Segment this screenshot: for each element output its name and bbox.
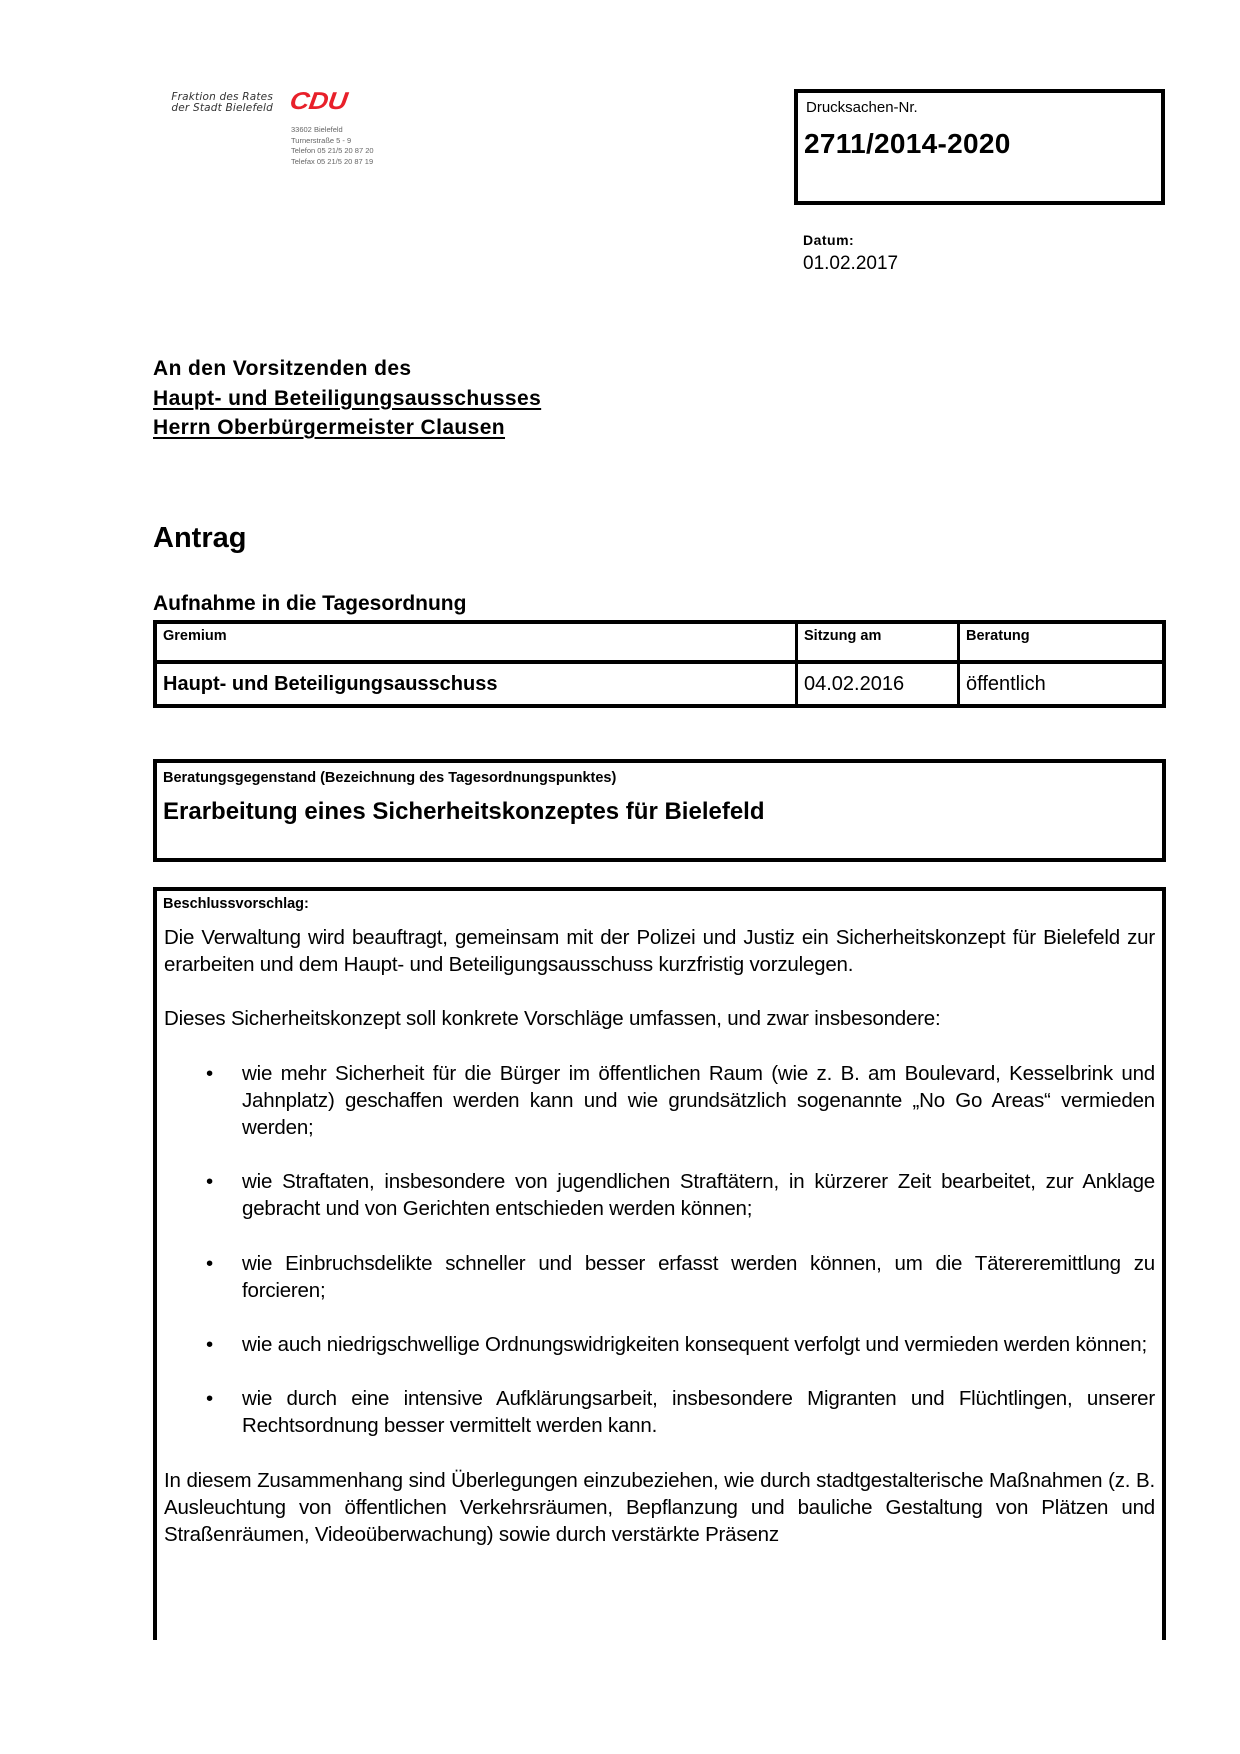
column-divider [795,624,798,704]
agenda-heading: Aufnahme in die Tagesordnung [153,592,466,616]
address-line: Telefon 05 21/5 20 87 20 [291,146,374,157]
subject-box: Beratungsgegenstand (Bezeichnung des Tag… [153,759,1166,862]
bullet-icon: • [206,1168,213,1195]
column-header-beratung: Beratung [966,628,1030,644]
cell-beratung: öffentlich [966,673,1046,696]
subject-title: Erarbeitung eines Sicherheitskonzeptes f… [163,798,765,826]
addressee-line-1: An den Vorsitzenden des [153,354,541,384]
list-item-text: wie Einbruchsdelikte schneller und besse… [242,1252,1155,1302]
cell-sitzung-date: 04.02.2016 [804,673,904,696]
bullet-icon: • [206,1331,213,1358]
bullet-icon: • [206,1250,213,1277]
addressee: An den Vorsitzenden des Haupt- und Betei… [153,354,541,443]
list-item-text: wie auch niedrigschwellige Ordnungswidri… [242,1333,1147,1356]
faction-name: Fraktion des Rates der Stadt Bielefeld [163,92,273,114]
document-number: 2711/2014-2020 [804,128,1011,160]
proposal-closing: In diesem Zusammenhang sind Überlegungen… [164,1467,1155,1549]
agenda-table: Gremium Sitzung am Beratung Haupt- und B… [153,620,1166,708]
bullet-icon: • [206,1385,213,1412]
list-item-text: wie Straftaten, insbesondere von jugendl… [242,1170,1155,1220]
proposal-intro: Die Verwaltung wird beauftragt, gemeinsa… [164,924,1155,978]
list-item: •wie auch niedrigschwellige Ordnungswidr… [164,1331,1155,1358]
faction-line-2: der Stadt Bielefeld [163,103,273,114]
column-header-sitzung: Sitzung am [804,628,881,644]
cdu-logo: CDU [288,88,349,116]
bullet-icon: • [206,1060,213,1087]
date-value: 01.02.2017 [803,253,898,275]
proposal-box: Beschlussvorschlag: Die Verwaltung wird … [153,887,1166,1640]
cell-gremium: Haupt- und Beteiligungsausschuss [163,673,497,696]
list-item: •wie Straftaten, insbesondere von jugend… [164,1168,1155,1222]
proposal-body: Die Verwaltung wird beauftragt, gemeinsa… [164,924,1155,1575]
column-header-gremium: Gremium [163,628,227,644]
document-type-heading: Antrag [153,522,246,555]
proposal-lead: Dieses Sicherheitskonzept soll konkrete … [164,1005,1155,1032]
list-item-text: wie mehr Sicherheit für die Bürger im öf… [242,1062,1155,1139]
proposal-list: •wie mehr Sicherheit für die Bürger im ö… [164,1060,1155,1440]
sender-address: 33602 Bielefeld Turnerstraße 5 - 9 Telef… [291,125,374,167]
addressee-committee: Haupt- und Beteiligungsausschusses [153,387,541,410]
subject-label: Beratungsgegenstand (Bezeichnung des Tag… [163,770,616,786]
document-number-box: Drucksachen-Nr. 2711/2014-2020 [794,89,1165,205]
address-line: 33602 Bielefeld [291,125,374,136]
proposal-label: Beschlussvorschlag: [163,896,309,912]
list-item-text: wie durch eine intensive Aufklärungsarbe… [242,1387,1155,1437]
address-line: Telefax 05 21/5 20 87 19 [291,157,374,168]
date-label: Datum: [803,232,854,248]
document-number-label: Drucksachen-Nr. [806,99,918,116]
list-item: •wie durch eine intensive Aufklärungsarb… [164,1385,1155,1439]
list-item: •wie mehr Sicherheit für die Bürger im ö… [164,1060,1155,1142]
addressee-mayor: Herrn Oberbürgermeister Clausen [153,416,505,439]
column-divider [957,624,960,704]
address-line: Turnerstraße 5 - 9 [291,136,374,147]
list-item: •wie Einbruchsdelikte schneller und bess… [164,1250,1155,1304]
